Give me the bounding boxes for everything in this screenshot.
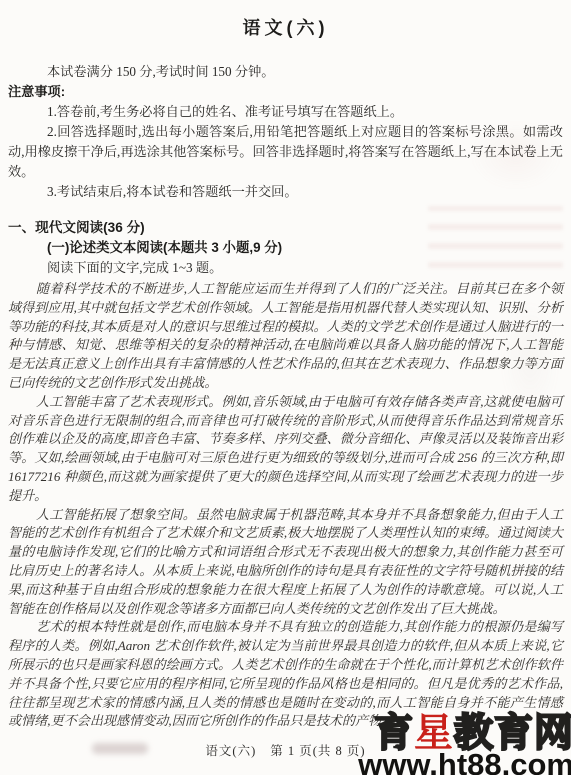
watermark-site-name: 育星教育网 [358,716,571,752]
footer-page-number: 第 1 页(共 8 页) [270,744,365,758]
notice-item-3: 3.考试结束后,将本试卷和答题纸一并交回。 [8,182,563,202]
passage-paragraph: 随着科学技术的不断进步,人工智能应运而生并得到了人们的广泛关注。目前其已在多个领… [8,280,563,393]
notice-heading: 注意事项: [8,82,563,102]
subsection-heading: (一)论述类文本阅读(本题共 3 小题,9 分) [8,238,563,258]
exam-paper-page: 语文(六) 本试卷满分 150 分,考试时间 150 分钟。 注意事项: 1.答… [0,0,571,775]
exam-intro-line: 本试卷满分 150 分,考试时间 150 分钟。 [8,62,563,82]
footer-paper-name: 语文(六) [205,744,256,758]
watermark-site-url: www.ht88.com [358,751,571,775]
page-content: 语文(六) 本试卷满分 150 分,考试时间 150 分钟。 注意事项: 1.答… [8,12,563,731]
notice-item-2: 2.回答选择题时,选出每小题答案后,用铅笔把答题纸上对应题目的答案标号涂黑。如需… [8,122,563,182]
watermark: 育星教育网 www.ht88.com [358,716,571,775]
passage-paragraph: 人工智能丰富了艺术表现形式。例如,音乐领域,由于电脑可有效存储各类声音,这就使电… [8,393,563,506]
notice-item-1: 1.答卷前,考生务必将自己的姓名、准考证号填写在答题纸上。 [8,102,563,122]
reading-instruction: 阅读下面的文字,完成 1~3 题。 [8,258,563,278]
passage: 随着科学技术的不断进步,人工智能应运而生并得到了人们的广泛关注。目前其已在多个领… [8,280,563,731]
passage-paragraph: 人工智能拓展了想象空间。虽然电脑隶属于机器范畴,其本身并不具备想象能力,但由于人… [8,506,563,619]
section-heading: 一、现代文阅读(36 分) [8,218,563,238]
page-title: 语文(六) [8,18,563,38]
